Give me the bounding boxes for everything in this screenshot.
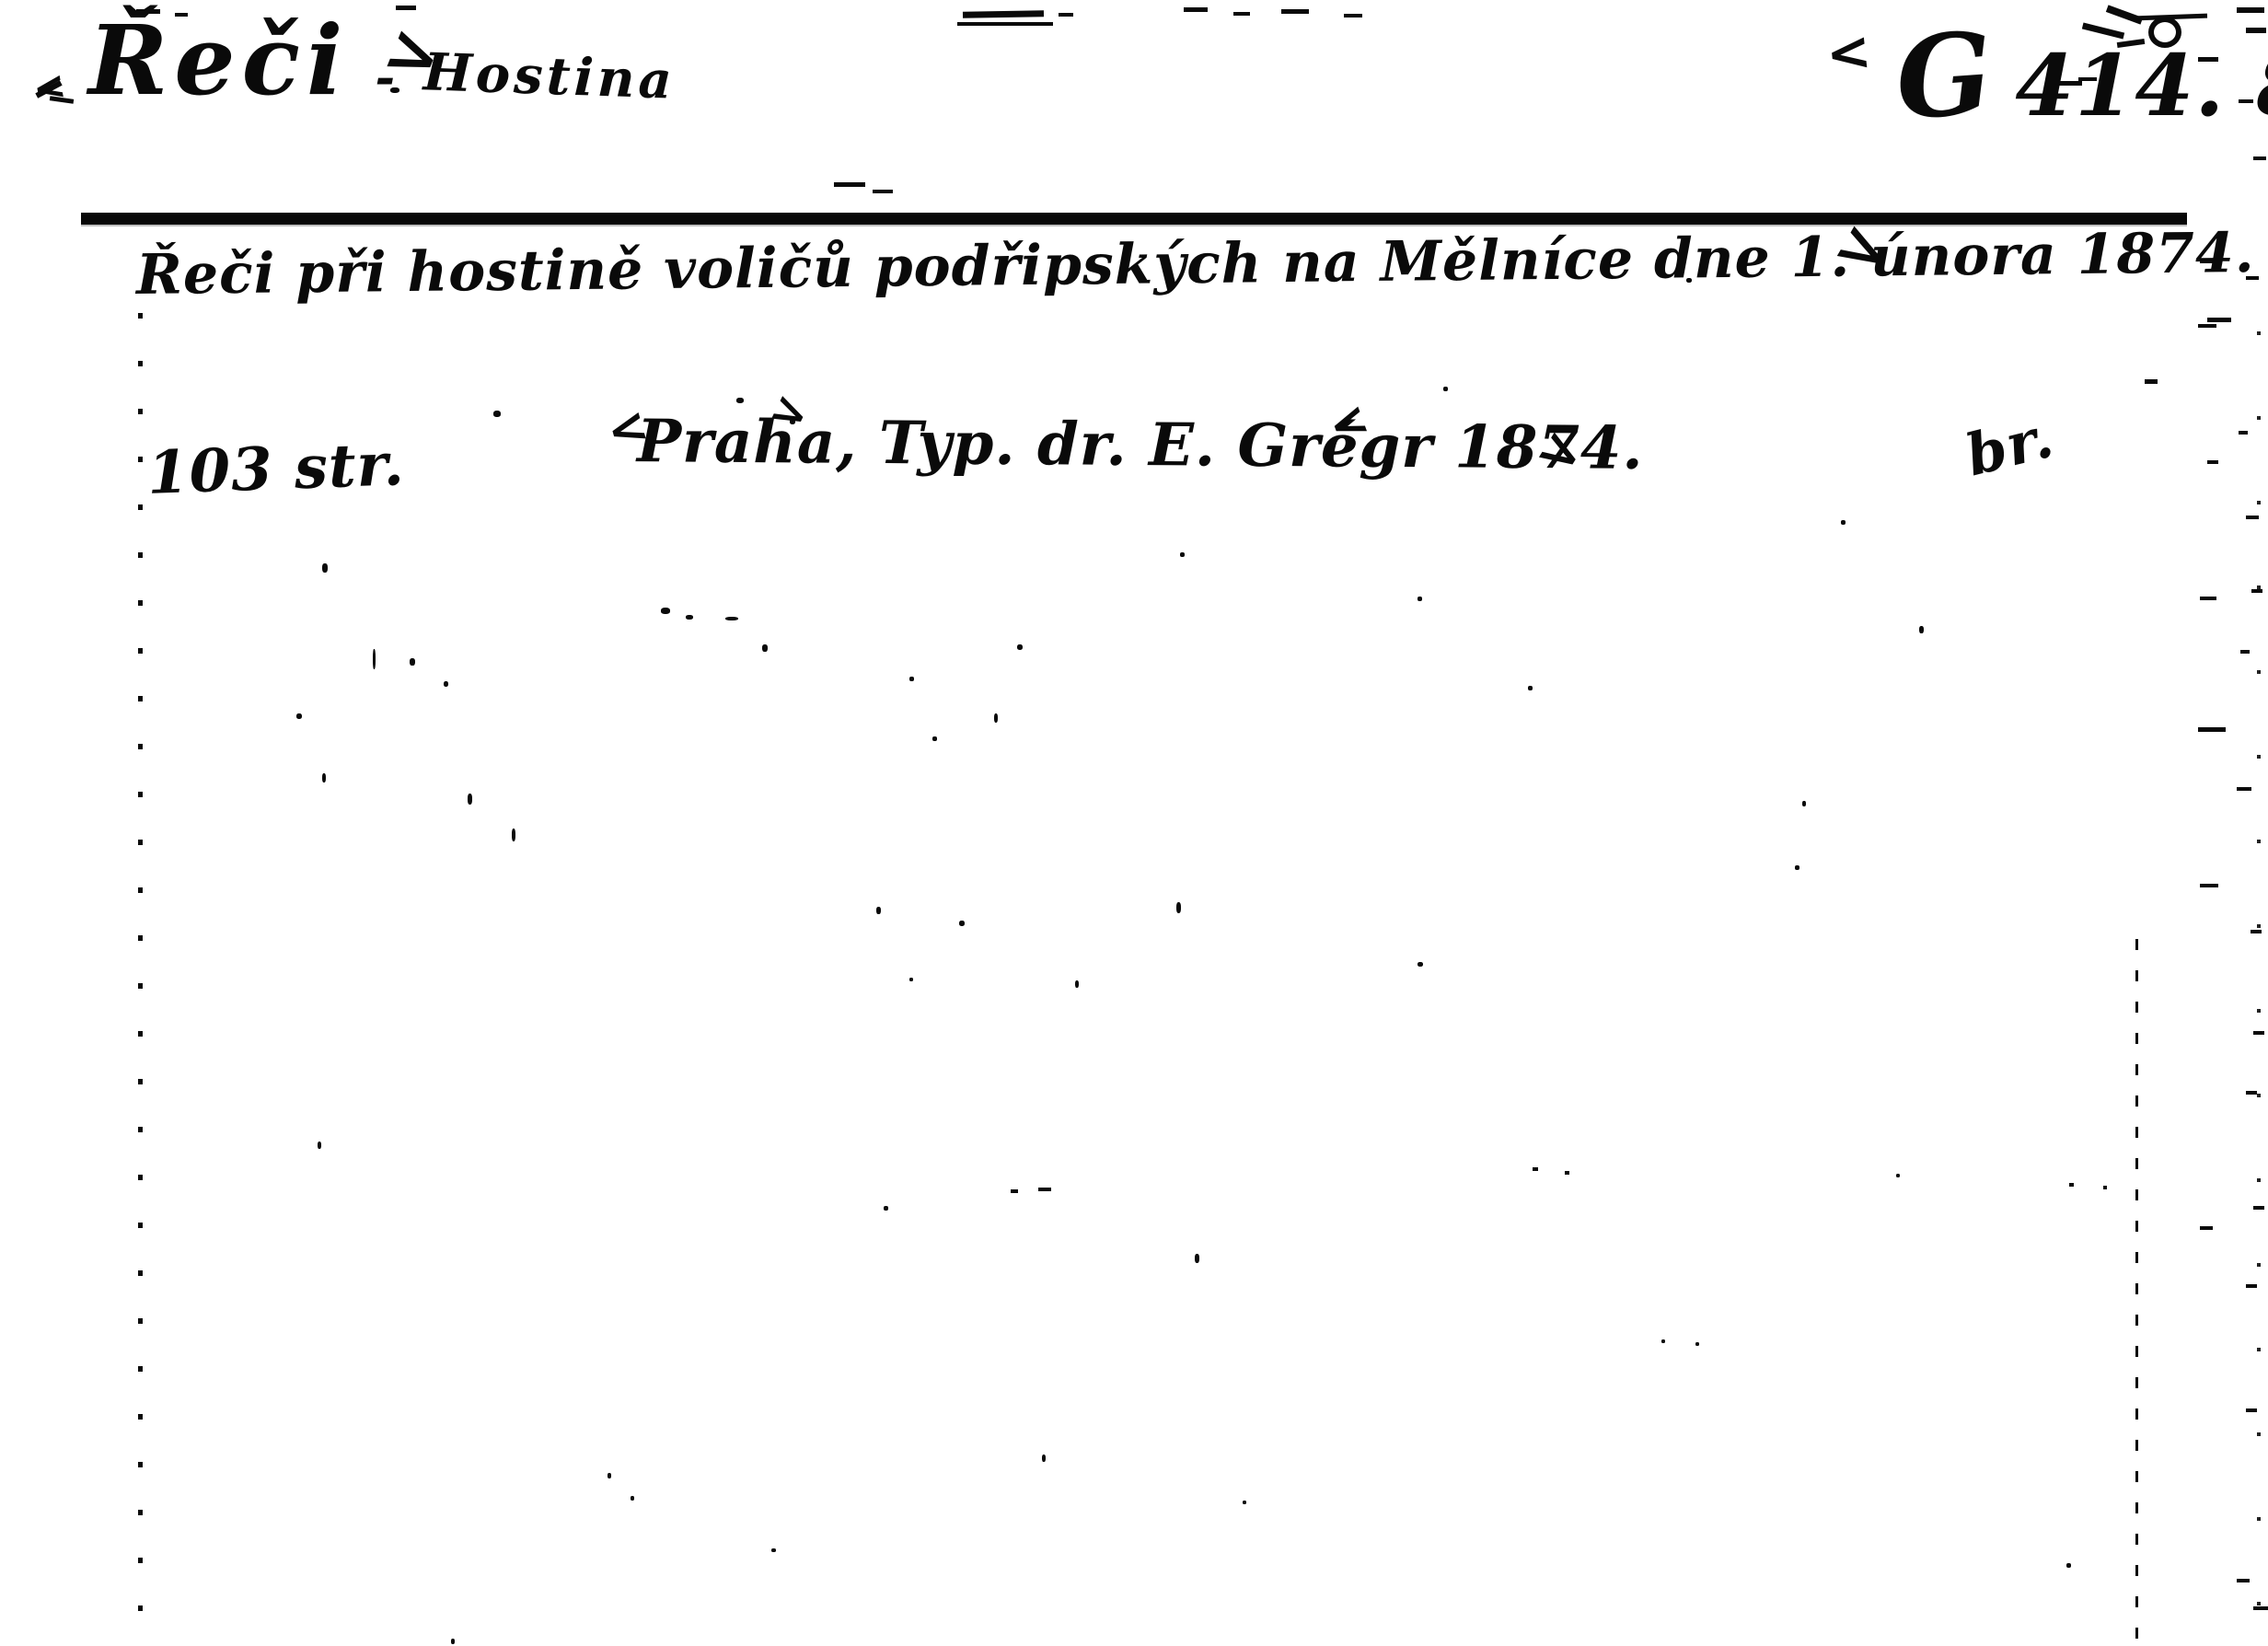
- noise-dash: [2253, 1606, 2268, 1610]
- call-number-format: 8°: [2256, 39, 2268, 134]
- noise-speck: [468, 794, 472, 805]
- noise-speck: [631, 1496, 634, 1501]
- noise-dash: [2051, 81, 2082, 86]
- noise-speck: [1686, 278, 1692, 283]
- noise-dash: [2246, 1091, 2257, 1095]
- noise-dash: [1281, 9, 1309, 14]
- noise-dash: [396, 6, 416, 10]
- noise-speck: [1243, 1501, 1246, 1504]
- title-statement: Řeči při hostině voličů podřipských na M…: [136, 221, 2255, 307]
- noise-speck: [1417, 597, 1422, 601]
- noise-dash: [873, 190, 893, 193]
- noise-dash: [1038, 1188, 1051, 1191]
- noise-speck: [1443, 387, 1448, 391]
- noise-speck: [790, 419, 795, 424]
- noise-speck: [1896, 1174, 1900, 1177]
- noise-dash: [2239, 431, 2248, 435]
- noise-speck: [1195, 1254, 1199, 1263]
- noise-dash: [2145, 379, 2158, 384]
- noise-dash: [2207, 318, 2231, 322]
- noise-speck: [1017, 644, 1023, 650]
- caret-mark-icon: <: [1823, 24, 1873, 82]
- noise-dash: [2253, 1031, 2264, 1035]
- noise-dash: [2246, 28, 2266, 33]
- noise-speck: [1528, 686, 1533, 690]
- noise-speck: [296, 713, 302, 719]
- noise-speck: [909, 677, 914, 681]
- noise-speck: [318, 1142, 321, 1149]
- noise-dash: [2200, 597, 2216, 600]
- noise-speck: [736, 398, 744, 403]
- noise-dash: [2251, 589, 2262, 593]
- right-edge-dash-column: [2257, 331, 2261, 1639]
- noise-speck: [1919, 626, 1924, 633]
- noise-dash: [957, 22, 1053, 26]
- noise-dash: [2078, 77, 2097, 81]
- catalog-card: Řeči - Hostina > < G 414. 8° < Řeči při …: [0, 0, 2268, 1646]
- noise-dash: [2246, 516, 2259, 519]
- noise-speck: [1075, 980, 1079, 988]
- noise-dash: [175, 13, 188, 17]
- noise-dash: [2207, 460, 2218, 464]
- noise-dash: [2198, 57, 2218, 62]
- noise-dash: [1233, 12, 1250, 16]
- noise-dash: [2237, 1579, 2250, 1582]
- noise-dash: [2253, 1206, 2264, 1210]
- noise-dash: [2253, 156, 2266, 160]
- subject-heading-title: Řeči: [88, 4, 349, 117]
- noise-dash: [2239, 99, 2253, 103]
- noise-speck: [322, 563, 328, 573]
- noise-dash: [1059, 13, 1073, 17]
- noise-speck: [373, 649, 376, 669]
- noise-speck: [493, 411, 501, 417]
- subject-heading-qualifier: Hostina: [422, 41, 677, 111]
- left-dotted-guide-line: [138, 313, 143, 1639]
- noise-dash: [1011, 1189, 1018, 1193]
- noise-dash: [2251, 930, 2262, 933]
- noise-dash: [2200, 260, 2216, 263]
- noise-speck: [607, 1473, 611, 1478]
- noise-speck: [1802, 801, 1806, 806]
- noise-speck: [959, 921, 965, 926]
- noise-dash: [2198, 727, 2226, 732]
- noise-speck: [1661, 1339, 1665, 1343]
- noise-speck: [876, 907, 881, 914]
- noise-speck: [322, 773, 326, 782]
- noise-dash: [834, 182, 865, 187]
- noise-speck: [1841, 520, 1846, 525]
- noise-speck: [884, 1206, 888, 1211]
- noise-speck: [2066, 1563, 2071, 1568]
- noise-dash: [1533, 1167, 1538, 1171]
- noise-speck: [1042, 1455, 1046, 1462]
- noise-speck: [661, 608, 670, 614]
- noise-dash: [1184, 7, 1208, 12]
- noise-dash: [2200, 1226, 2213, 1230]
- noise-dash: [2069, 1183, 2074, 1187]
- collation-note: 103 str.: [146, 430, 406, 508]
- noise-dash: [2246, 1284, 2257, 1288]
- noise-speck: [410, 658, 415, 666]
- call-number-class-letter: G: [1892, 6, 1997, 145]
- noise-speck: [444, 681, 448, 687]
- noise-speck: [451, 1639, 455, 1644]
- noise-dash: [2246, 276, 2259, 280]
- noise-speck: [512, 829, 515, 841]
- noise-speck: [762, 644, 768, 652]
- noise-speck: [1795, 865, 1799, 870]
- noise-speck: [686, 615, 693, 620]
- noise-dash: [2246, 1408, 2257, 1412]
- noise-dash: [2240, 650, 2250, 654]
- noise-dash: [136, 9, 160, 14]
- binding-note: br.: [1960, 403, 2061, 490]
- noise-dash: [2198, 324, 2216, 328]
- noise-speck: [1695, 1342, 1699, 1346]
- noise-speck: [1417, 962, 1423, 967]
- noise-dash: [1344, 14, 1362, 17]
- noise-speck: [909, 978, 913, 981]
- call-number-number: 414.: [2015, 36, 2225, 135]
- noise-dash: [2200, 884, 2218, 887]
- noise-speck: [771, 1548, 776, 1552]
- noise-speck: [390, 87, 399, 93]
- noise-dash: [1565, 1171, 1569, 1175]
- noise-dash: [963, 10, 1044, 18]
- noise-speck: [1176, 902, 1181, 913]
- noise-speck: [932, 736, 937, 741]
- noise-speck: [725, 617, 738, 620]
- noise-speck: [1180, 552, 1185, 557]
- right-dashed-guide-line: [2135, 939, 2138, 1639]
- noise-dash: [2103, 1186, 2107, 1189]
- noise-dash: [2237, 787, 2251, 791]
- noise-dash: [2237, 7, 2264, 13]
- noise-speck: [994, 713, 998, 723]
- circle-correction-mark: [2148, 17, 2181, 48]
